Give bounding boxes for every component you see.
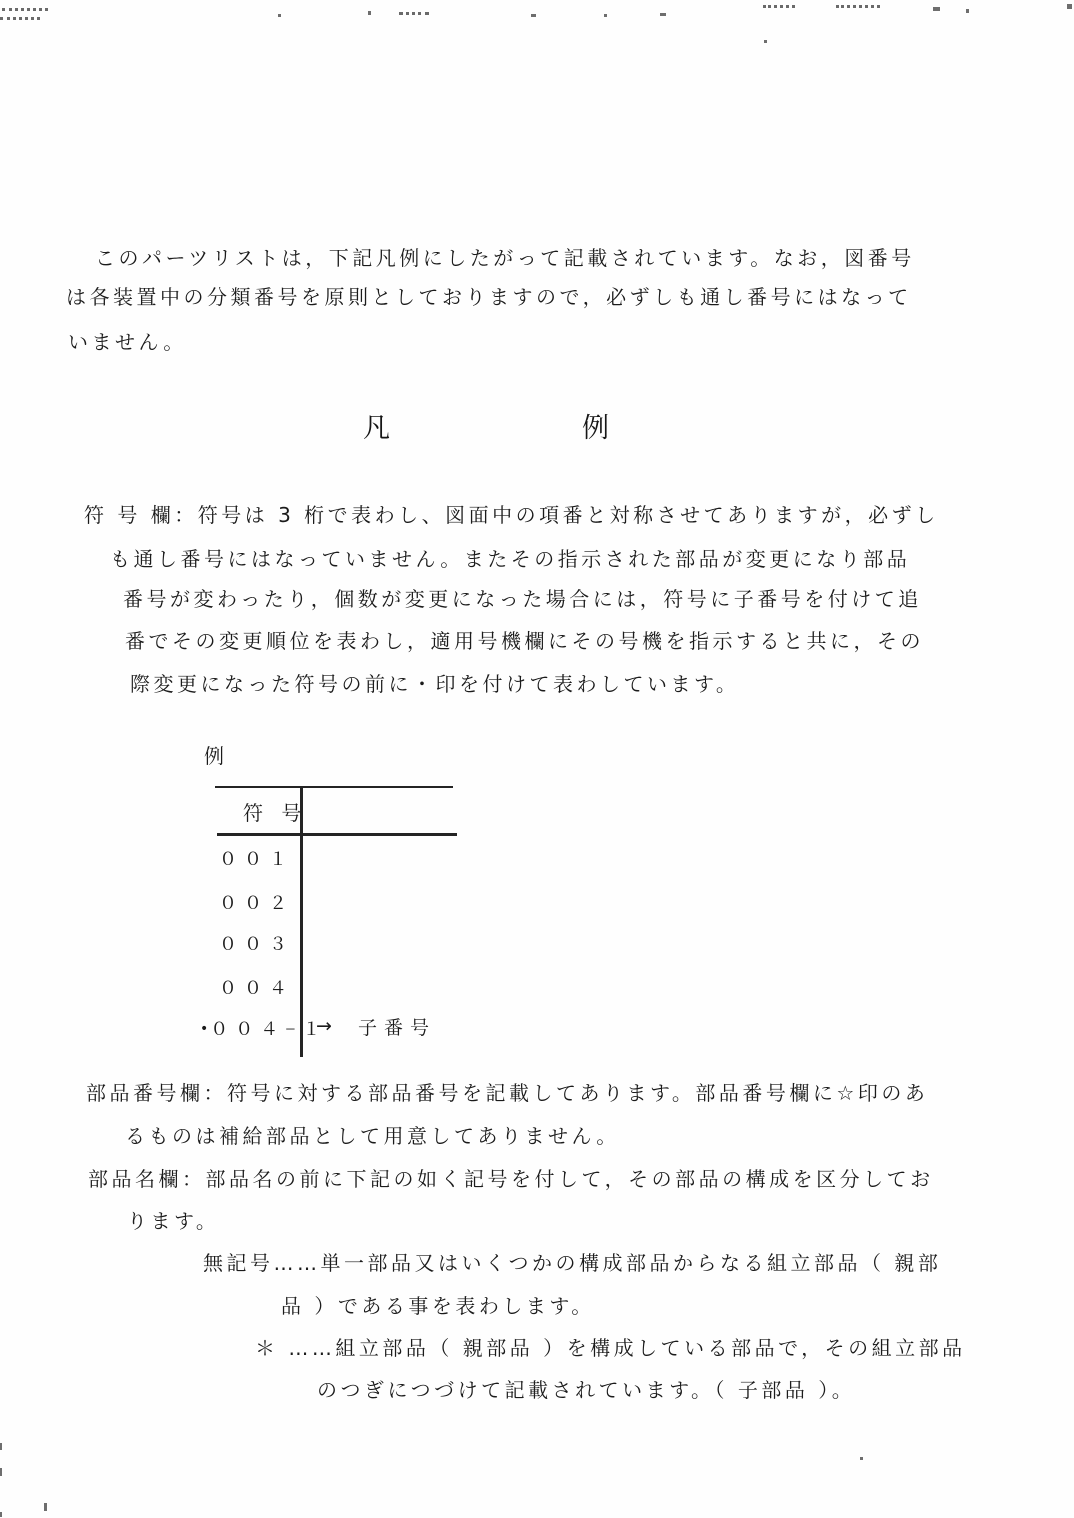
row-code: ００３: [219, 934, 294, 954]
row-code: ００４−１: [210, 1019, 327, 1039]
scan-artifact: [0, 1512, 2, 1517]
scan-artifact: [399, 12, 429, 15]
row-code: ００１: [219, 849, 294, 869]
scan-artifact: [1067, 4, 1072, 9]
symbol-section-line-2: も通し番号にはなっていません。またその指示された部品が変更になり部品: [110, 546, 910, 572]
scan-artifact: [860, 1457, 863, 1460]
change-bullet-icon: •: [200, 1021, 210, 1037]
symbol-section-line-1: 符 号 欄：符号は 3 桁で表わし、図面中の項番と対称させてありますが，必ずし: [84, 502, 939, 528]
scanned-document-page: このパーツリストは，下記凡例にしたがって記載されています。なお，図番号 は各装置…: [0, 0, 1074, 1518]
table-row: ００１: [219, 845, 294, 871]
arrow-right-icon: →: [316, 1015, 332, 1037]
scan-artifact: [0, 17, 40, 20]
no-symbol-note-line-1: 無記号……単一部品又はいくつかの構成部品からなる組立部品（ 親部: [203, 1250, 941, 1276]
asterisk-note-line-1: ＊ ……組立部品（ 親部品 ）を構成している部品で，その組立部品: [255, 1335, 966, 1361]
example-table-header: 符 号: [243, 800, 307, 826]
symbol-section-line-3: 番号が変わったり，個数が変更になった場合には，符号に子番号を付けて追: [123, 586, 922, 612]
scan-artifact: [2, 8, 48, 11]
table-row: ００４: [219, 974, 294, 1000]
scan-artifact: [604, 14, 607, 17]
scan-artifact: [933, 7, 940, 11]
scan-artifact: [966, 9, 969, 13]
example-label: 例: [204, 740, 226, 769]
child-number-annotation: 子番号: [358, 1013, 436, 1040]
scan-artifact: [44, 1503, 47, 1511]
part-number-section-line-1: 部品番号欄：符号に対する部品番号を記載してあります。部品番号欄に☆印のあ: [86, 1080, 928, 1106]
scan-artifact: [278, 14, 281, 17]
scan-artifact: [531, 14, 536, 17]
scan-artifact: [660, 13, 666, 16]
legend-title: 凡例: [363, 412, 801, 446]
scan-artifact: [763, 5, 795, 8]
scan-artifact: [836, 5, 880, 8]
example-table-top-rule: [215, 786, 453, 788]
example-table-header-rule: [217, 833, 457, 836]
row-code: ００２: [219, 893, 294, 913]
table-row: ００２: [219, 889, 294, 915]
intro-line-2: は各装置中の分類番号を原則としておりますので，必ずしも通し番号にはなって: [66, 284, 912, 310]
part-name-section-line-2: ります。: [127, 1208, 219, 1234]
table-row: ００３: [219, 930, 294, 956]
scan-artifact: [368, 11, 371, 15]
table-row-changed: •００４−１: [200, 1015, 327, 1041]
part-number-section-line-2: るものは補給部品として用意してありません。: [125, 1123, 620, 1149]
asterisk-note-line-2: のつぎにつづけて記載されています。（ 子部品 ）。: [317, 1377, 855, 1403]
scan-artifact: [0, 1468, 2, 1476]
row-code: ００４: [219, 978, 294, 998]
intro-line-3: いません。: [68, 329, 187, 355]
scan-artifact: [0, 1443, 2, 1450]
symbol-section-line-5: 際変更になった符号の前に・印を付けて表わしています。: [130, 671, 739, 697]
symbol-section-line-4: 番でその変更順位を表わし，適用号機欄にその号機を指示すると共に，その: [125, 628, 924, 654]
no-symbol-note-line-2: 品 ）である事を表わします。: [281, 1293, 595, 1319]
part-name-section-line-1: 部品名欄：部品名の前に下記の如く記号を付して，その部品の構成を区分してお: [88, 1166, 934, 1192]
intro-line-1: このパーツリストは，下記凡例にしたがって記載されています。なお，図番号: [95, 245, 915, 271]
scan-artifact: [764, 40, 767, 43]
